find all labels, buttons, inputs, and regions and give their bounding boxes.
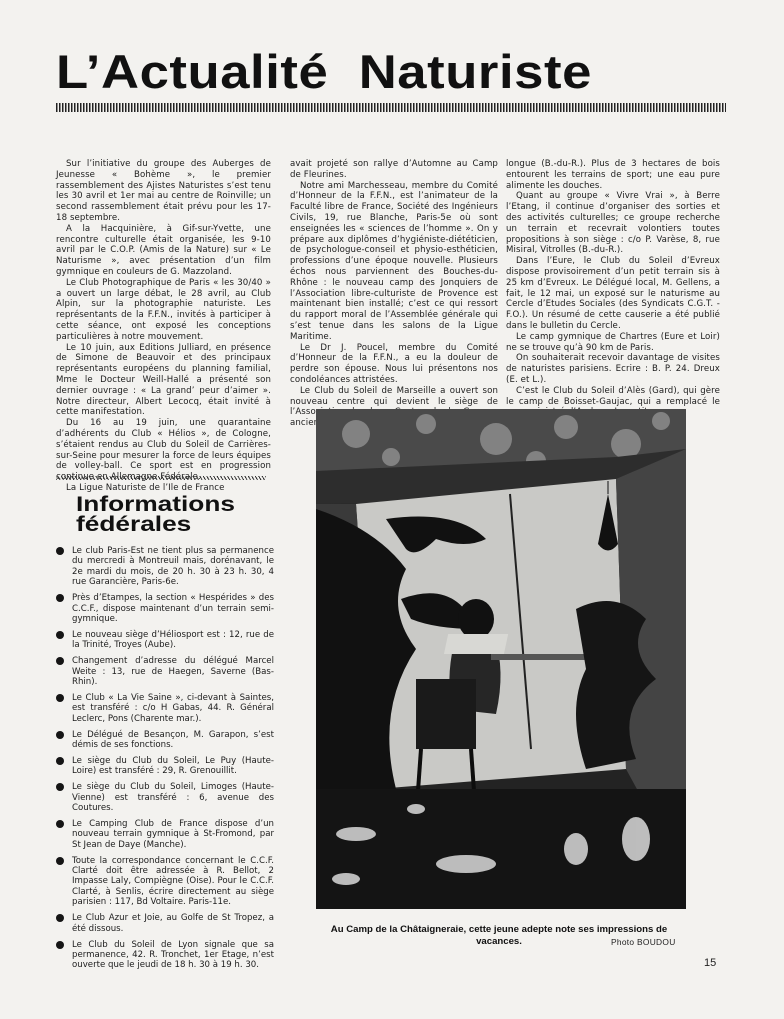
page-number: 15 [704, 957, 716, 969]
informations-list: Le club Paris-Est ne tient plus sa perma… [56, 546, 274, 976]
list-item-text: Le Délégué de Besançon, M. Garapon, s’es… [72, 730, 274, 750]
list-item: Le siège du Club du Soleil, Limoges (Hau… [56, 782, 274, 813]
section-title-line: fédérales [76, 513, 191, 536]
article-paragraph: Le Club Photographique de Paris « les 30… [56, 278, 271, 343]
list-item-text: Le siège du Club du Soleil, Le Puy (Haut… [72, 756, 274, 776]
list-item-text: Le Club « La Vie Saine », ci-devant à Sa… [72, 693, 274, 724]
list-item: Changement d’adresse du délégué Marcel W… [56, 656, 274, 687]
article-paragraph: avait projeté son rallye d’Automne au Ca… [290, 159, 498, 181]
list-item: Le Club « La Vie Saine », ci-devant à Sa… [56, 693, 274, 724]
article-paragraph: A la Hacquinière, à Gif-sur-Yvette, une … [56, 224, 271, 278]
article-paragraph: Le camp gymnique de Chartres (Eure et Lo… [506, 332, 720, 354]
page-title: L’Actualité Naturiste [56, 44, 592, 100]
article-paragraph: Du 16 au 19 juin, une quarantaine d’adhé… [56, 418, 271, 483]
list-item: Le Club Azur et Joie, au Golfe de St Tro… [56, 913, 274, 934]
article-paragraph: Quant au groupe « Vivre Vrai », à Berre … [506, 191, 720, 256]
list-item: Le Club du Soleil de Lyon signale que sa… [56, 940, 274, 971]
bullet-icon [56, 783, 64, 791]
photo-credit: Photo BOUDOU [611, 937, 676, 947]
list-item: Le Camping Club de France dispose d’un n… [56, 819, 274, 850]
article-column-3: longue (B.-du-R.). Plus de 3 hectares de… [506, 159, 720, 431]
bullet-icon [56, 547, 64, 555]
list-item-text: Le nouveau siège d’Héliosport est : 12, … [72, 630, 274, 650]
bullet-icon [56, 941, 64, 949]
bullet-icon [56, 657, 64, 665]
article-column-2: avait projeté son rallye d’Automne au Ca… [290, 159, 498, 429]
list-item: Toute la correspondance concernant le C.… [56, 856, 274, 908]
article-paragraph: Le 10 juin, aux Editions Julliard, en pr… [56, 343, 271, 419]
list-item: Le siège du Club du Soleil, Le Puy (Haut… [56, 756, 274, 777]
list-item-text: Le Club du Soleil de Lyon signale que sa… [72, 940, 274, 971]
article-paragraph: On souhaiterait recevoir davantage de vi… [506, 353, 720, 385]
article-paragraph: Notre ami Marchesseau, membre du Comité … [290, 181, 498, 343]
list-item: Près d’Etampes, la section « Hespérides … [56, 593, 274, 624]
article-paragraph: Sur l’initiative du groupe des Auberges … [56, 159, 271, 224]
article-paragraph: longue (B.-du-R.). Plus de 3 hectares de… [506, 159, 720, 191]
article-paragraph: Le Dr J. Poucel, membre du Comité d’Honn… [290, 343, 498, 386]
bullet-icon [56, 694, 64, 702]
bullet-icon [56, 757, 64, 765]
list-item: Le club Paris-Est ne tient plus sa perma… [56, 546, 274, 588]
list-item-text: Le siège du Club du Soleil, Limoges (Hau… [72, 782, 274, 813]
list-item-text: Le Club Azur et Joie, au Golfe de St Tro… [72, 913, 274, 933]
bullet-icon [56, 731, 64, 739]
title-rule-divider [56, 103, 726, 112]
bullet-icon [56, 857, 64, 865]
list-item-text: Toute la correspondance concernant le C.… [72, 856, 274, 908]
list-item-text: Le club Paris-Est ne tient plus sa perma… [72, 546, 274, 587]
article-column-1: Sur l’initiative du groupe des Auberges … [56, 159, 271, 494]
camp-photo [316, 409, 686, 909]
section-title-informations: Informations fédérales [76, 495, 235, 535]
list-item: Le Délégué de Besançon, M. Garapon, s’es… [56, 730, 274, 751]
list-item-text: Près d’Etampes, la section « Hespérides … [72, 593, 274, 624]
bullet-icon [56, 631, 64, 639]
bullet-icon [56, 914, 64, 922]
list-item-text: Changement d’adresse du délégué Marcel W… [72, 656, 274, 687]
photo-illustration [316, 409, 686, 909]
bullet-icon [56, 594, 64, 602]
list-item-text: Le Camping Club de France dispose d’un n… [72, 819, 274, 850]
article-paragraph: Dans l’Eure, le Club du Soleil d’Evreux … [506, 256, 720, 332]
list-item: Le nouveau siège d’Héliosport est : 12, … [56, 630, 274, 651]
column-divider [56, 476, 266, 480]
bullet-icon [56, 820, 64, 828]
